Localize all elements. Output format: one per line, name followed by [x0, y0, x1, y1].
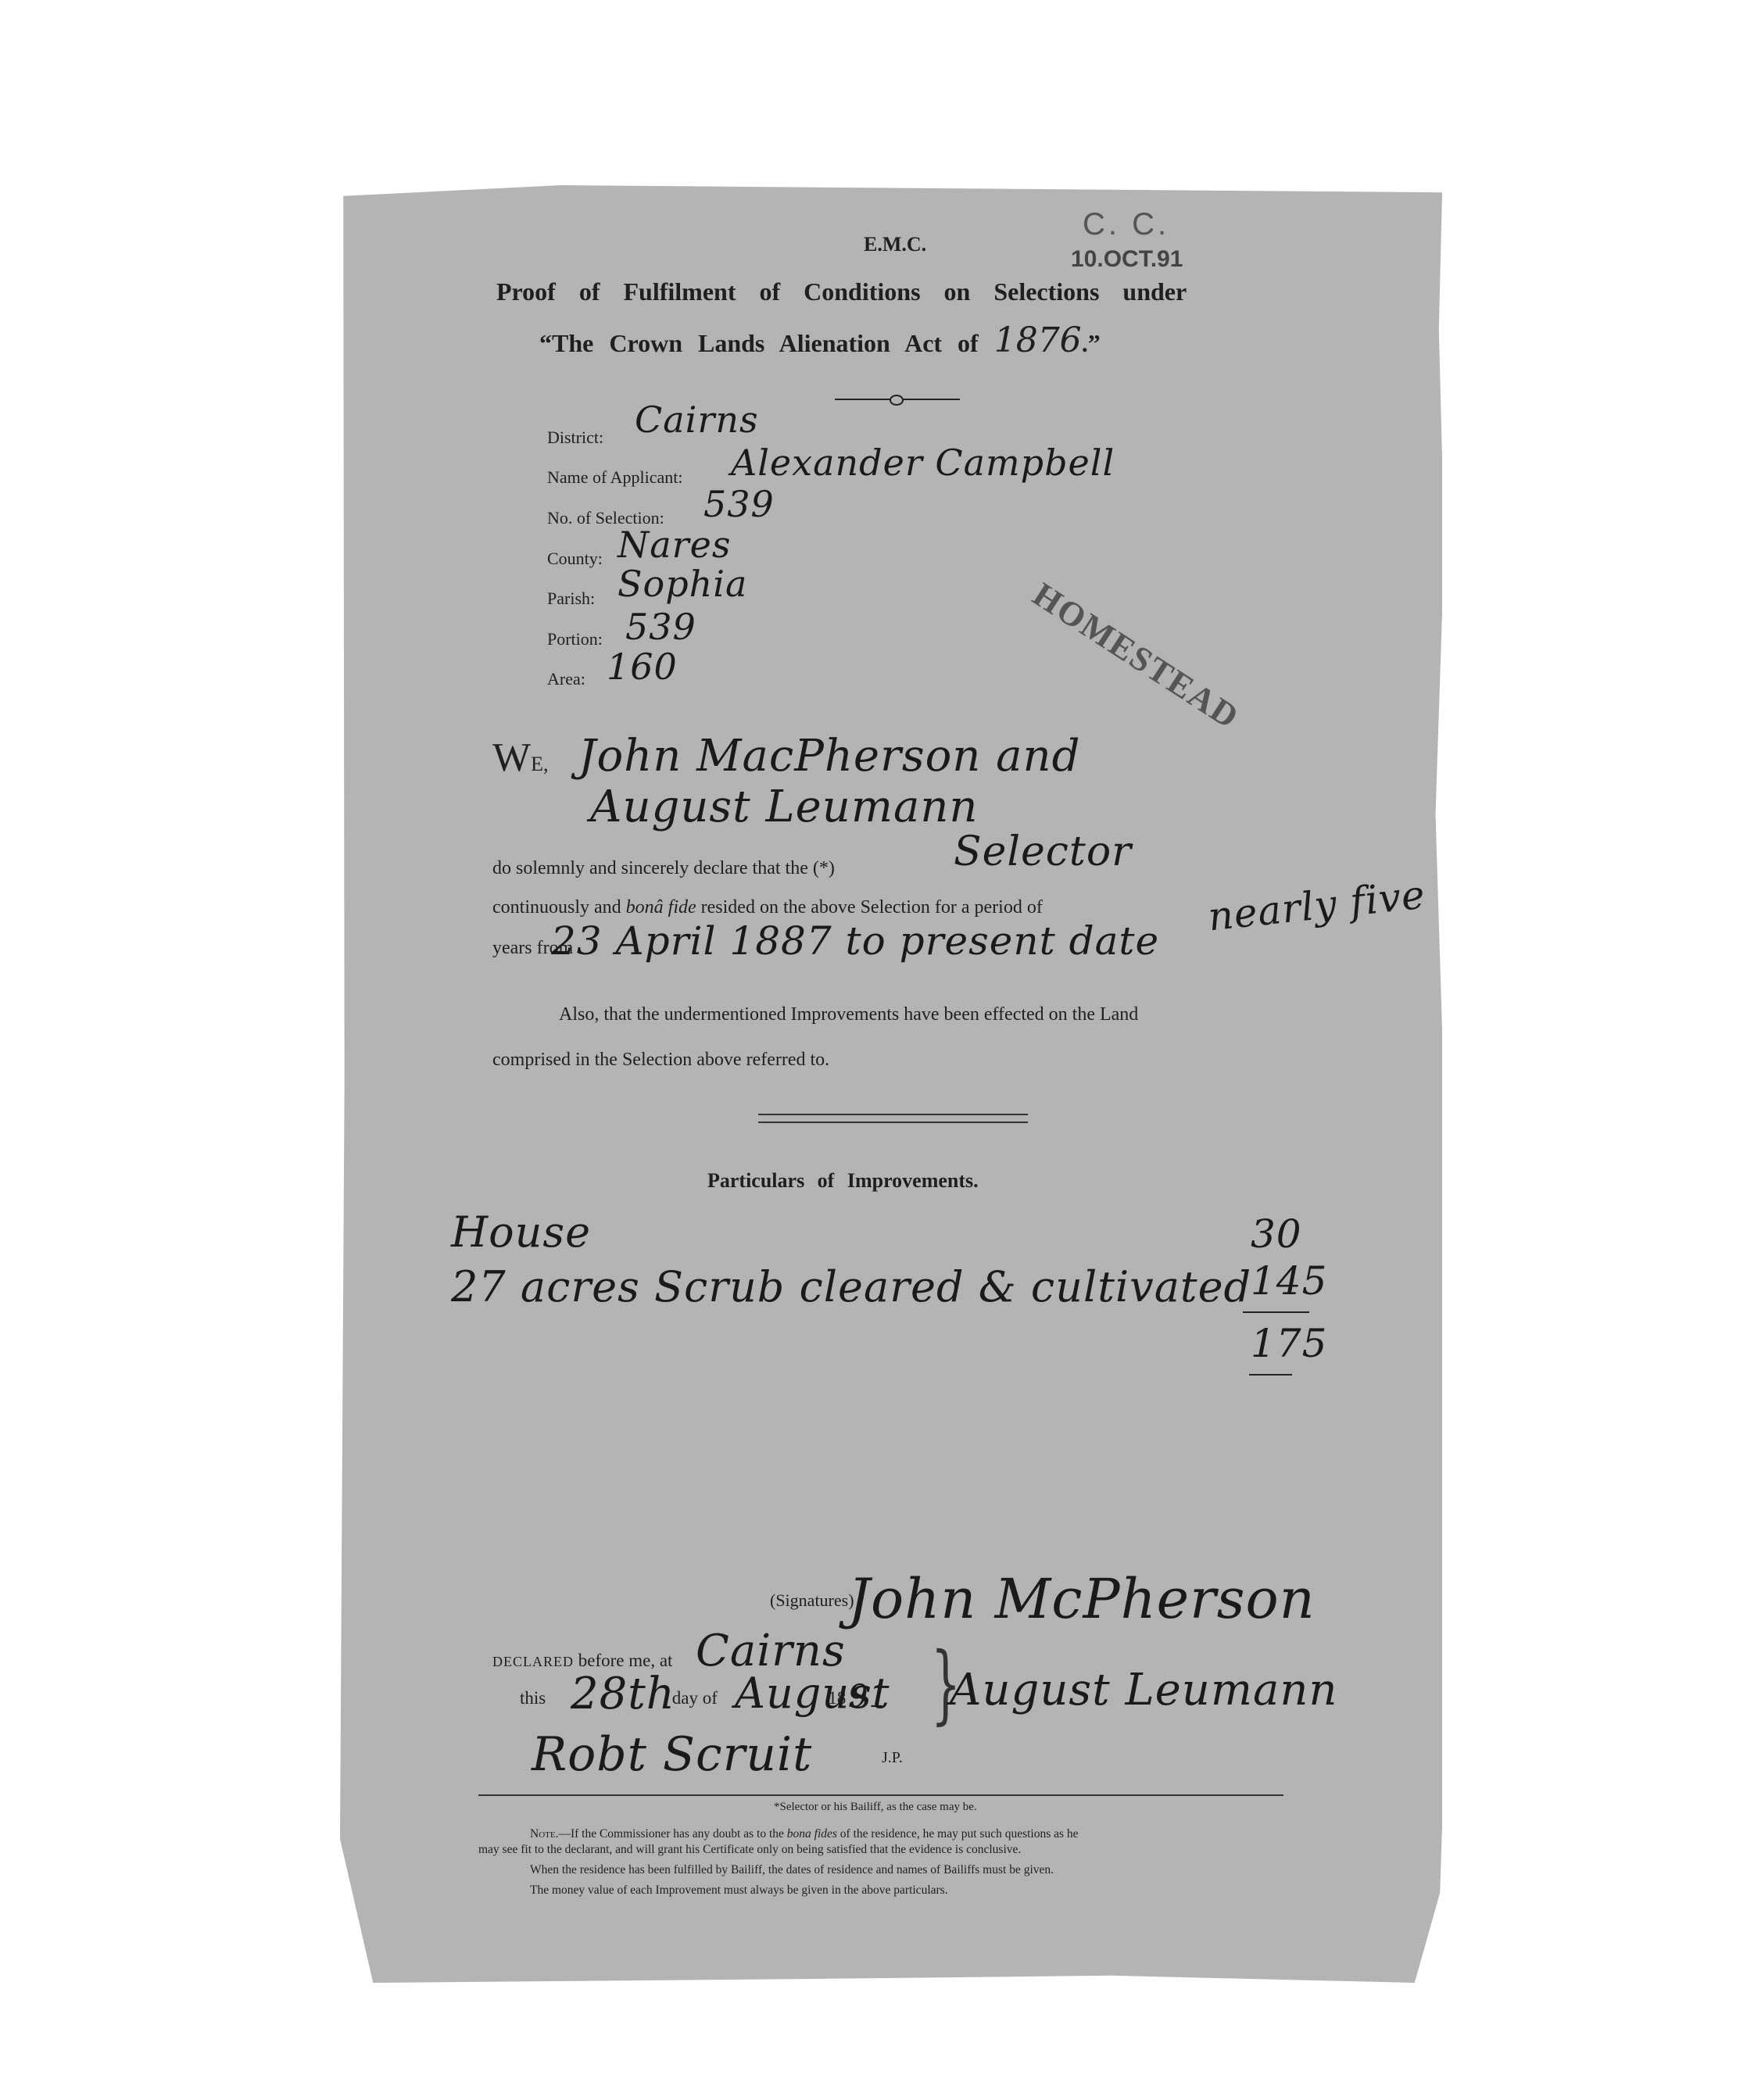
note-line3: When the residence has been fulfilled by… — [530, 1863, 1054, 1877]
improvements-heading: Particulars of Improvements. — [707, 1169, 979, 1193]
applicant-value: Alexander Campbell — [731, 442, 1115, 484]
county-value: Nares — [618, 524, 732, 566]
day-of-label: day of — [672, 1688, 718, 1708]
declarant-role: Selector — [954, 828, 1132, 875]
note-line2: may see fit to the declarant, and will g… — [478, 1843, 1021, 1857]
office-code: E.M.C. — [864, 233, 926, 256]
declarant-names-line2: August Leumann — [590, 782, 978, 832]
act-year: 1876 — [994, 320, 1082, 360]
declared-rest: before me, at — [578, 1651, 673, 1670]
area-value: 160 — [607, 646, 678, 688]
received-stamp-date: 10.OCT.91 — [1071, 246, 1183, 273]
district-label: District: — [547, 428, 603, 448]
improvements-intro-line1: Also, that the undermentioned Improvemen… — [559, 1004, 1138, 1025]
improvements-total: 175 — [1251, 1321, 1327, 1366]
improvements-intro-line2: comprised in the Selection above referre… — [492, 1050, 829, 1071]
applicant-label: Name of Applicant: — [547, 467, 683, 488]
declaration-day: 28th — [571, 1669, 675, 1719]
declaration-line1: do solemnly and sincerely declare that t… — [492, 858, 835, 879]
double-rule-divider — [758, 1114, 1028, 1123]
note-line4: The money value of each Improvement must… — [530, 1884, 948, 1898]
note-line1-a: —If the Commissioner has any doubt as to… — [558, 1827, 783, 1841]
declared-label: Declared — [492, 1654, 574, 1669]
declarant-names-line1: John MacPherson and — [578, 731, 1080, 782]
portion-label: Portion: — [547, 629, 603, 649]
residence-from-date: 23 April 1887 to present date — [551, 918, 1159, 964]
parish-label: Parish: — [547, 589, 595, 609]
justice-of-peace-signature: Robt Scruit — [532, 1727, 812, 1782]
act-name: “The Crown Lands Alienation Act of — [539, 329, 979, 357]
line2-text-b: resided on the above Selection for a per… — [701, 897, 1043, 918]
signature-john-mcpherson: John McPherson — [848, 1567, 1316, 1631]
total-underline — [1249, 1374, 1292, 1376]
parish-value: Sophia — [618, 563, 747, 605]
footer-rule — [478, 1794, 1283, 1796]
form-title-line2: “The Crown Lands Alienation Act of 1876.… — [539, 320, 1101, 360]
selection-number-value: 539 — [703, 483, 775, 525]
area-label: Area: — [547, 669, 585, 689]
this-label: this — [520, 1688, 546, 1708]
note-line1-italic: bona fides — [787, 1827, 837, 1841]
jp-label: J.P. — [882, 1749, 903, 1767]
signatures-label: (Signatures) — [770, 1590, 854, 1611]
line2-text-a: continuously and — [492, 897, 621, 918]
improvement-item-value: 145 — [1251, 1258, 1327, 1304]
declaration-year-suffix: 91 — [848, 1679, 890, 1715]
we-initial: W — [492, 735, 531, 780]
form-title-line1: Proof of Fulfilment of Conditions on Sel… — [496, 277, 1301, 306]
title-close-quote: .” — [1082, 329, 1101, 357]
note-line1: Note.—If the Commissioner has any doubt … — [530, 1827, 1079, 1841]
county-label: County: — [547, 549, 603, 569]
asterisk-footnote: *Selector or his Bailiff, as the case ma… — [774, 1801, 977, 1814]
ornamental-divider — [835, 399, 960, 400]
received-stamp-initials: C. C. — [1083, 207, 1169, 242]
we-rest: E, — [531, 753, 548, 775]
line2-italic: bonâ fide — [626, 897, 696, 918]
portion-value: 539 — [625, 606, 696, 648]
we-heading: WE, — [492, 735, 548, 781]
district-value: Cairns — [635, 399, 759, 441]
improvement-item-description: House — [451, 1207, 591, 1257]
signature-august-leumann: August Leumann — [950, 1665, 1337, 1715]
note-line1-b: of the residence, he may put such questi… — [840, 1827, 1079, 1841]
declaration-line2: continuously and bonâ fide resided on th… — [492, 897, 1043, 918]
note-label: Note. — [530, 1827, 558, 1841]
total-rule — [1243, 1311, 1309, 1313]
improvement-item-description: 27 acres Scrub cleared & cultivated — [451, 1262, 1251, 1311]
improvement-item-value: 30 — [1251, 1211, 1302, 1257]
